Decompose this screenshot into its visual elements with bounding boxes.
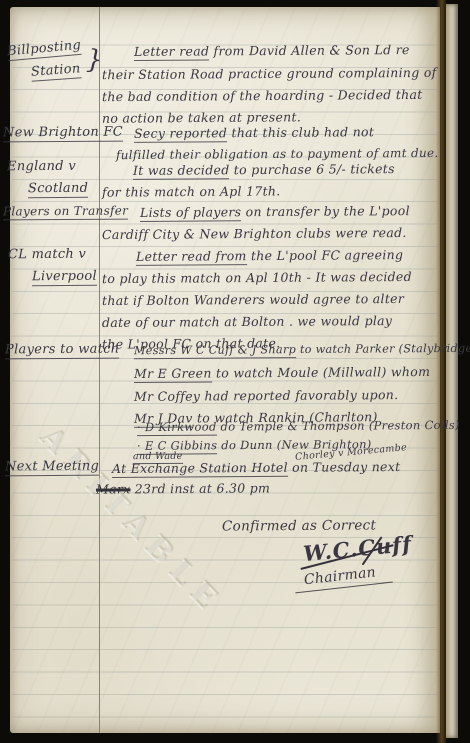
chairman-signature: W.C.Cuff	[303, 540, 412, 561]
minute-line: Cardiff City & New Brighton clubs were r…	[102, 224, 407, 243]
minute-line: Mr Coffey had reported favorably upon.	[134, 386, 399, 405]
minute-line: to play this match on Apl 10th - It was …	[102, 268, 412, 287]
minute-line: · D Kirkwood do Temple & Thompson (Prest…	[137, 417, 460, 436]
margin-heading-liverpool: Liverpool	[32, 268, 97, 285]
margin-heading-billposting: Billposting	[6, 37, 81, 60]
minute-line: their Station Road practice ground compl…	[102, 64, 437, 83]
chairman-label: Chairman	[294, 568, 392, 589]
minute-line: Mr E Green to watch Moule (Millwall) who…	[134, 363, 430, 382]
handwriting-layer: ARITABLE Billposting Station } Letter re…	[0, 0, 470, 743]
margin-heading-players-to-watch: Players to watch	[5, 341, 120, 359]
signature-text: W.C.Cuff	[302, 535, 412, 562]
margin-brace: }	[86, 52, 103, 70]
margin-heading-players-on-transfer: Players on Transfer	[3, 203, 128, 221]
margin-heading-england-v: England v	[7, 158, 76, 175]
minute-line: It was decided to purchase 6 5/- tickets	[133, 160, 395, 179]
minute-line: Letter read from David Allen & Son Ld re	[134, 41, 410, 60]
confirmation-text: Confirmed as Correct	[222, 517, 376, 535]
minute-line: date of our match at Bolton . we would p…	[102, 312, 392, 331]
margin-heading-next-meeting: Next Meeting	[5, 458, 99, 476]
minute-line: Marx 23rd inst at 6.30 pm	[96, 479, 270, 497]
minute-line: the bad condition of the hoarding - Deci…	[102, 86, 423, 105]
minute-line: for this match on Apl 17th.	[102, 182, 281, 200]
margin-heading-new-brighton: New Brighton FC	[3, 124, 123, 142]
minute-book-photo: ARITABLE Billposting Station } Letter re…	[0, 0, 470, 743]
margin-heading-billposting-2: Station	[30, 60, 81, 80]
margin-heading-cl-match: CL match v	[8, 246, 86, 264]
minute-line: Lists of players on transfer by the L'po…	[140, 202, 410, 221]
minute-line: Messrs W C Cuff & J Sharp to watch Parke…	[134, 340, 470, 359]
minute-line: At Exchange Station Hotel on Tuesday nex…	[112, 458, 401, 477]
minute-line: Letter read from the L'pool FC agreeing	[136, 246, 403, 265]
minute-line: that if Bolton Wanderers would agree to …	[102, 290, 404, 309]
minute-line: Secy reported that this club had not	[134, 123, 374, 142]
margin-heading-scotland: Scotland	[28, 180, 88, 197]
